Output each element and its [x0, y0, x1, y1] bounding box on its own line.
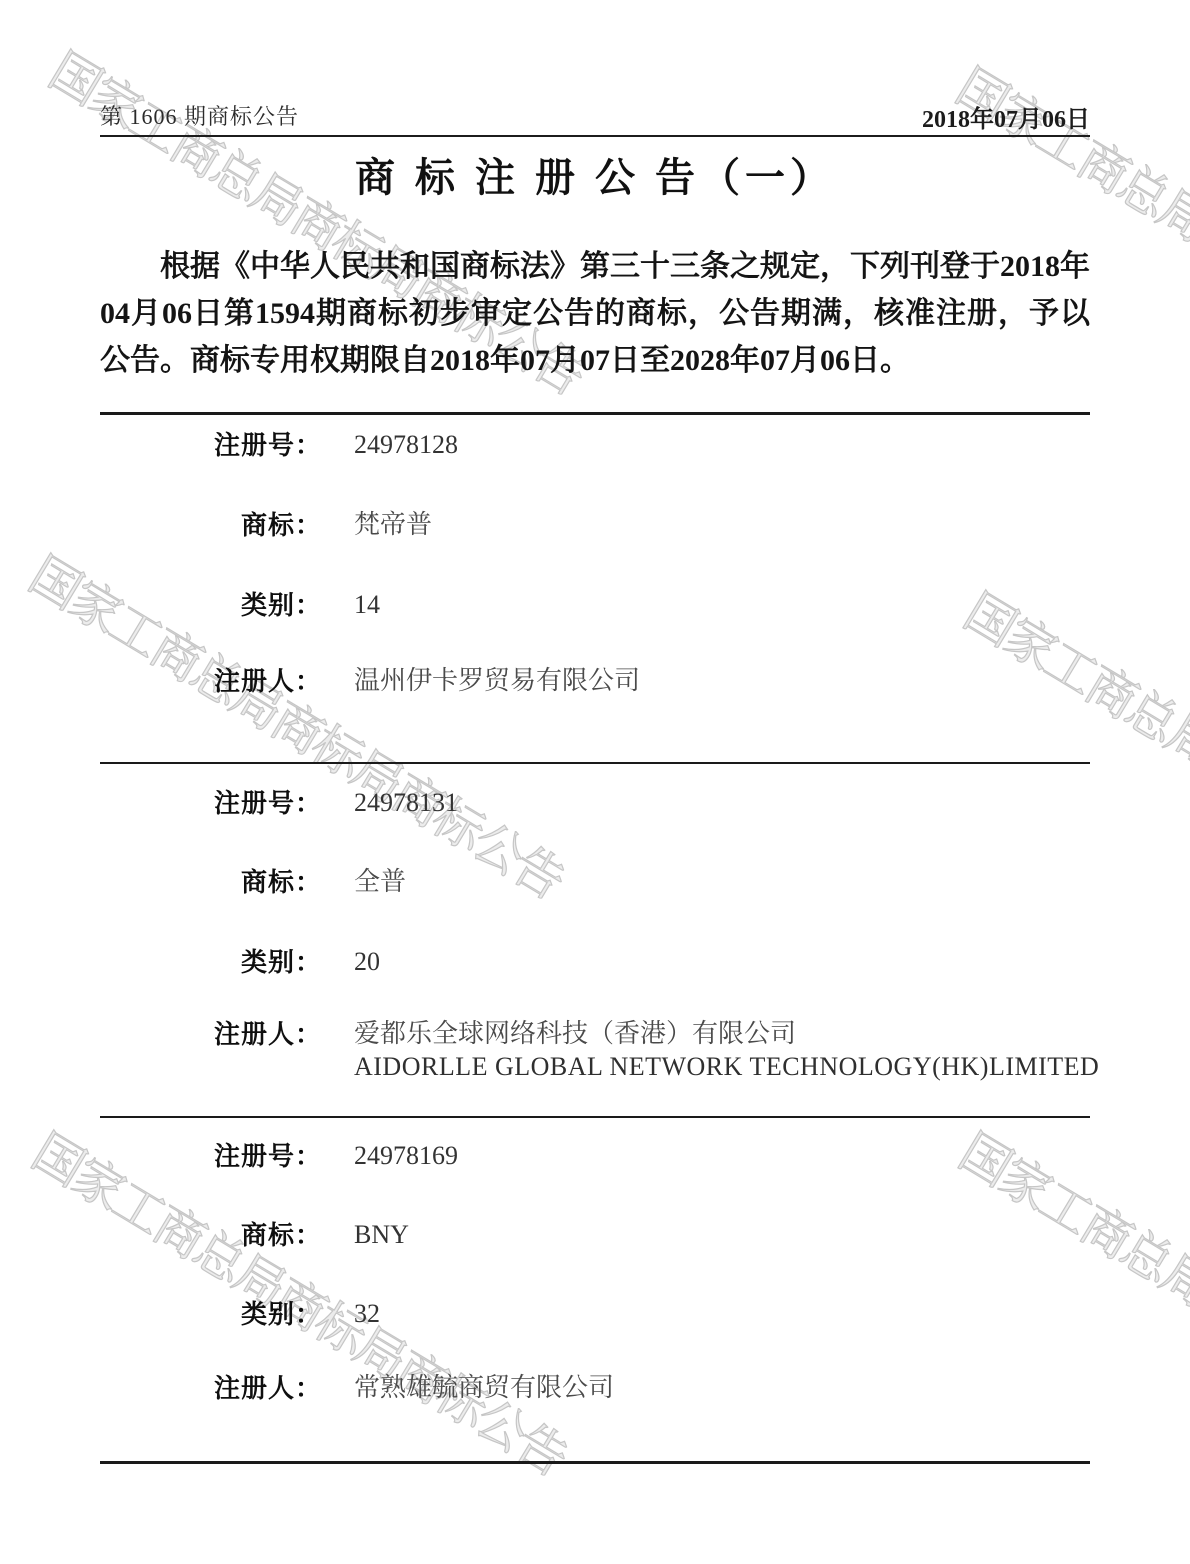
- trademark-value: 全普: [354, 865, 406, 899]
- entry-separator: [100, 762, 1090, 764]
- field-row-registrant: 注册人： 爱都乐全球网络科技（香港）有限公司: [100, 1017, 1090, 1051]
- field-row-registrant: 注册人： 温州伊卡罗贸易有限公司: [100, 664, 1090, 698]
- regno-value: 24978131: [354, 786, 458, 820]
- registrant-label: 注册人：: [100, 664, 322, 698]
- registrant-label: 注册人：: [100, 1371, 322, 1405]
- registrant-label: 注册人：: [100, 1017, 322, 1051]
- class-value: 14: [354, 588, 380, 622]
- registrant-value: 爱都乐全球网络科技（香港）有限公司: [354, 1017, 796, 1051]
- intro-paragraph: 根据《中华人民共和国商标法》第三十三条之规定，下列刊登于2018年 04月06日…: [100, 243, 1090, 384]
- regno-value: 24978169: [354, 1139, 458, 1173]
- regno-label: 注册号：: [100, 428, 322, 462]
- field-row-class: 类别： 14: [100, 588, 1090, 622]
- class-label: 类别：: [100, 1297, 322, 1331]
- field-row-class: 类别： 20: [100, 945, 1090, 979]
- registrant-value: 常熟雄毓商贸有限公司: [354, 1371, 614, 1405]
- trademark-value: BNY: [354, 1218, 409, 1252]
- regno-value: 24978128: [354, 428, 458, 462]
- class-value: 20: [354, 945, 380, 979]
- registrant-value: 温州伊卡罗贸易有限公司: [354, 664, 640, 698]
- field-row-trademark: 商标： 梵帝普: [100, 508, 1090, 542]
- header-rule: [100, 135, 1090, 137]
- field-row-regno: 注册号： 24978169: [100, 1139, 1090, 1173]
- trademark-label: 商标：: [100, 865, 322, 899]
- regno-label: 注册号：: [100, 1139, 322, 1173]
- trademark-label: 商标：: [100, 1218, 322, 1252]
- publication-date: 2018年07月06日: [922, 99, 1090, 134]
- field-row-trademark: 商标： BNY: [100, 1218, 1090, 1252]
- field-row-regno: 注册号： 24978131: [100, 786, 1090, 820]
- class-label: 类别：: [100, 588, 322, 622]
- issue-number-label: 第 1606 期商标公告: [100, 100, 299, 131]
- field-row-class: 类别： 32: [100, 1297, 1090, 1331]
- entry-separator: [100, 1116, 1090, 1118]
- registrant-value-english: AIDORLLE GLOBAL NETWORK TECHNOLOGY(HK)LI…: [354, 1052, 1099, 1082]
- intro-line: 04月06日第1594期商标初步审定公告的商标，公告期满，核准注册，予以: [100, 290, 1090, 337]
- intro-line: 根据《中华人民共和国商标法》第三十三条之规定，下列刊登于2018年: [100, 243, 1090, 290]
- gazette-page: 国家工商总局商标局商标公告 国家工商总局商标局商标公告 国家工商总局商标局商标公…: [0, 0, 1190, 1564]
- class-value: 32: [354, 1297, 380, 1331]
- table-bottom-rule: [100, 1461, 1090, 1464]
- trademark-value: 梵帝普: [354, 508, 432, 542]
- field-row-trademark: 商标： 全普: [100, 865, 1090, 899]
- field-row-regno: 注册号： 24978128: [100, 428, 1090, 462]
- table-top-rule: [100, 412, 1090, 415]
- regno-label: 注册号：: [100, 786, 322, 820]
- trademark-label: 商标：: [100, 508, 322, 542]
- class-label: 类别：: [100, 945, 322, 979]
- page-title: 商 标 注 册 公 告（一）: [0, 146, 1190, 203]
- field-row-registrant: 注册人： 常熟雄毓商贸有限公司: [100, 1371, 1090, 1405]
- intro-line: 公告。商标专用权期限自2018年07月07日至2028年07月06日。: [100, 337, 1090, 384]
